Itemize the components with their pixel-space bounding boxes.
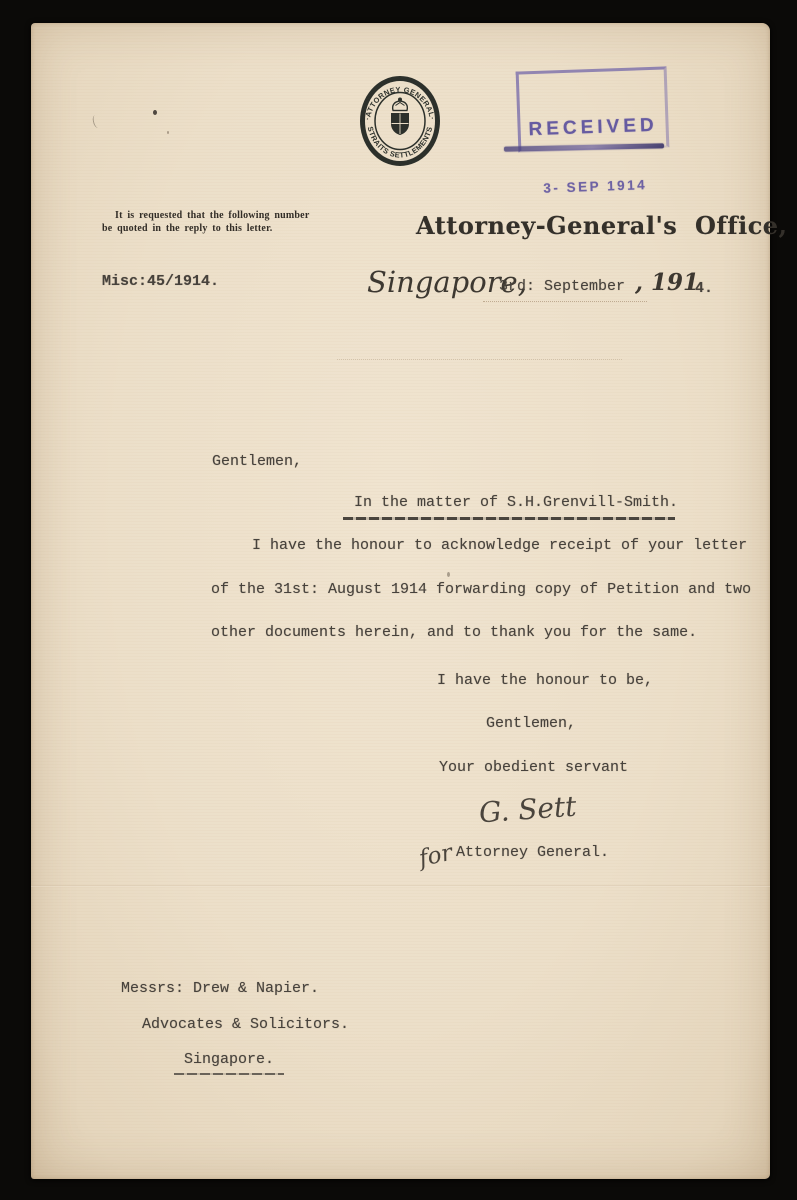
closing-line: Your obedient servant xyxy=(439,760,628,776)
typed-year-digit: 4. xyxy=(695,281,713,297)
ink-speck xyxy=(447,572,450,577)
subject-underline xyxy=(343,517,675,520)
crown-icon xyxy=(393,98,408,110)
ink-speck xyxy=(153,110,157,115)
closing-line: Gentlemen, xyxy=(486,716,576,732)
received-stamp-date: 3- SEP 1914 xyxy=(522,176,667,196)
subject-line: In the matter of S.H.Grenvill-Smith. xyxy=(354,495,678,511)
attorney-general-seal: ·ATTORNEY GENERAL· STRAITS SETTLEMENTS xyxy=(359,75,441,167)
date-dotted-line xyxy=(483,300,647,302)
signature-for-handwritten: for xyxy=(417,840,455,872)
printed-year-prefix: , 191 xyxy=(635,269,699,296)
recipient-line: Messrs: Drew & Napier. xyxy=(121,981,319,997)
recipient-line: Advocates & Solicitors. xyxy=(142,1017,349,1033)
received-stamp-title: RECEIVED xyxy=(520,114,666,141)
reference-number: Misc:45/1914. xyxy=(102,274,219,290)
ink-speck xyxy=(92,114,102,128)
signature: G. Sett xyxy=(478,790,578,830)
salutation: Gentlemen, xyxy=(212,454,302,470)
body-line: of the 31st: August 1914 forwarding copy… xyxy=(211,582,751,598)
recipient-underline xyxy=(174,1073,284,1075)
letter-paper: ·ATTORNEY GENERAL· STRAITS SETTLEMENTS R… xyxy=(31,23,770,1179)
address-dotted-line xyxy=(337,358,622,360)
scanned-letter-photo: { "colors": { "background": "#0b0a08", "… xyxy=(0,0,797,1200)
shield-icon xyxy=(392,114,409,135)
body-line: I have the honour to acknowledge receipt… xyxy=(252,538,747,554)
typed-date: 3rd: September xyxy=(499,279,625,295)
closing-line: I have the honour to be, xyxy=(437,673,653,689)
quote-number-note: It is requested that the following numbe… xyxy=(102,210,312,235)
received-stamp: RECEIVED 3- SEP 1914 xyxy=(516,66,670,152)
recipient-line: Singapore. xyxy=(184,1052,274,1068)
office-title: Attorney-General's Office, xyxy=(416,211,736,240)
ink-speck xyxy=(167,131,169,134)
fold-crease xyxy=(31,885,770,887)
body-line: other documents herein, and to thank you… xyxy=(211,625,697,641)
signature-title: Attorney General. xyxy=(456,845,609,861)
